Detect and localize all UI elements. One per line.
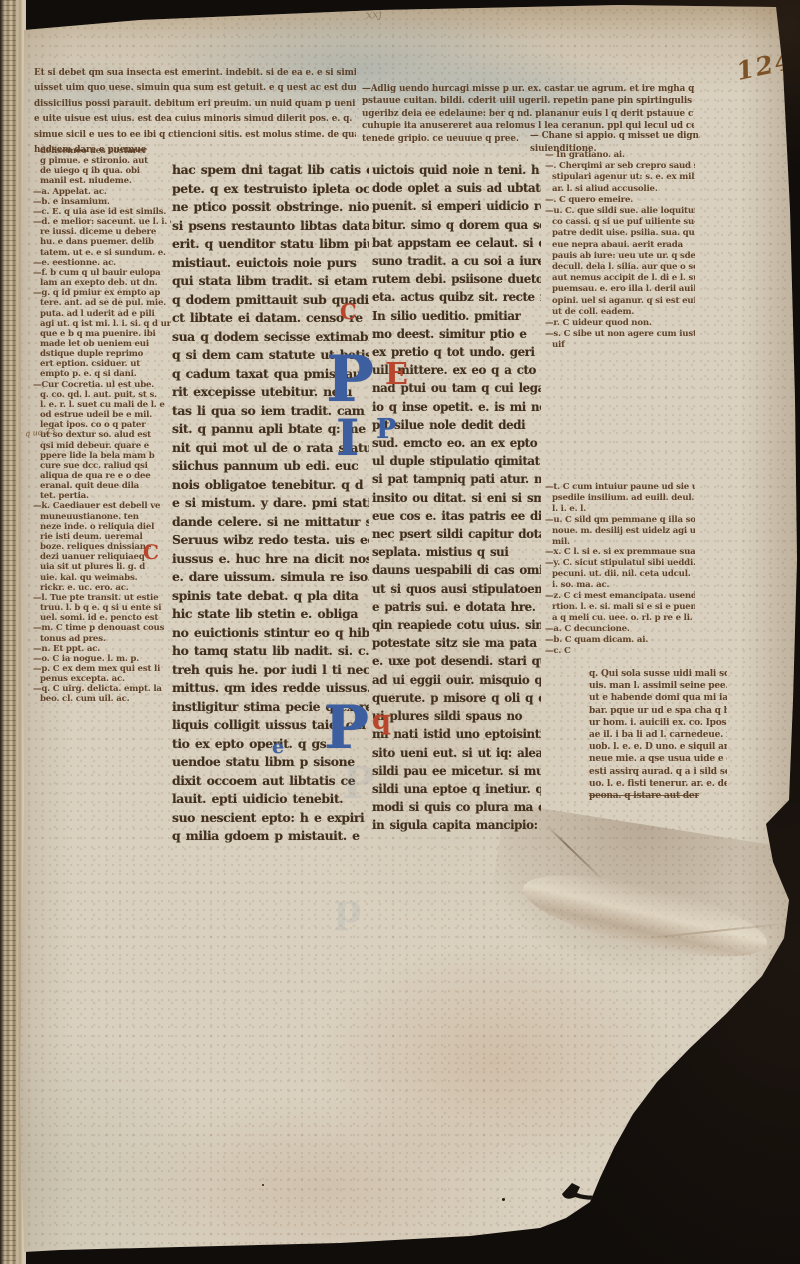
- speck: [593, 1205, 595, 1207]
- left-margin-gloss: delisemeo ues costarerg pimue. e stironi…: [33, 146, 171, 706]
- paragraph-mark-initial: C: [340, 301, 357, 322]
- crease-line: [640, 922, 789, 940]
- header-quire-mark: xxj: [365, 7, 382, 21]
- folio-number: 1249: [734, 43, 800, 86]
- right-margin-gloss-upper: — In gratiano. ai.—. Cherqimi ar seb cre…: [545, 150, 695, 352]
- large-initial-I: I: [336, 413, 359, 463]
- speck: [262, 1184, 264, 1186]
- right-margin-gloss-lower: —t. C cum intuiur paune ud sie ut lpsedi…: [545, 482, 695, 657]
- top-gloss-left: Et si debet qm sua insecta est emerint. …: [34, 66, 356, 158]
- showthrough-ghost-initial: p: [334, 885, 362, 932]
- right-margin-note-block: q. Qui sola susse uidi mali scrinuis. ma…: [582, 668, 727, 802]
- inline-initial: e: [272, 738, 284, 757]
- initial-P: P: [376, 416, 396, 443]
- parchment-fold-highlight: [516, 859, 773, 974]
- large-initial-P: P: [326, 348, 374, 412]
- paragraph-mark-initial: C: [143, 542, 159, 562]
- manuscript-photo: { "page": { "folio_number": "1249", "hea…: [0, 0, 800, 1264]
- parchment-page: xxj 1249 q uo 23 Et si debet qm sua inse…: [0, 0, 800, 1264]
- crease-line: [546, 825, 603, 881]
- initial-q: q: [372, 707, 391, 734]
- initial-E: E: [385, 360, 408, 390]
- text-column-2: uictois quid noie n teni. h qdode oplet …: [372, 161, 541, 841]
- speck: [502, 1198, 505, 1201]
- large-initial-P: P: [324, 698, 369, 758]
- showthrough-ghost-initial: P: [342, 758, 375, 809]
- ink-blot: [556, 1176, 626, 1210]
